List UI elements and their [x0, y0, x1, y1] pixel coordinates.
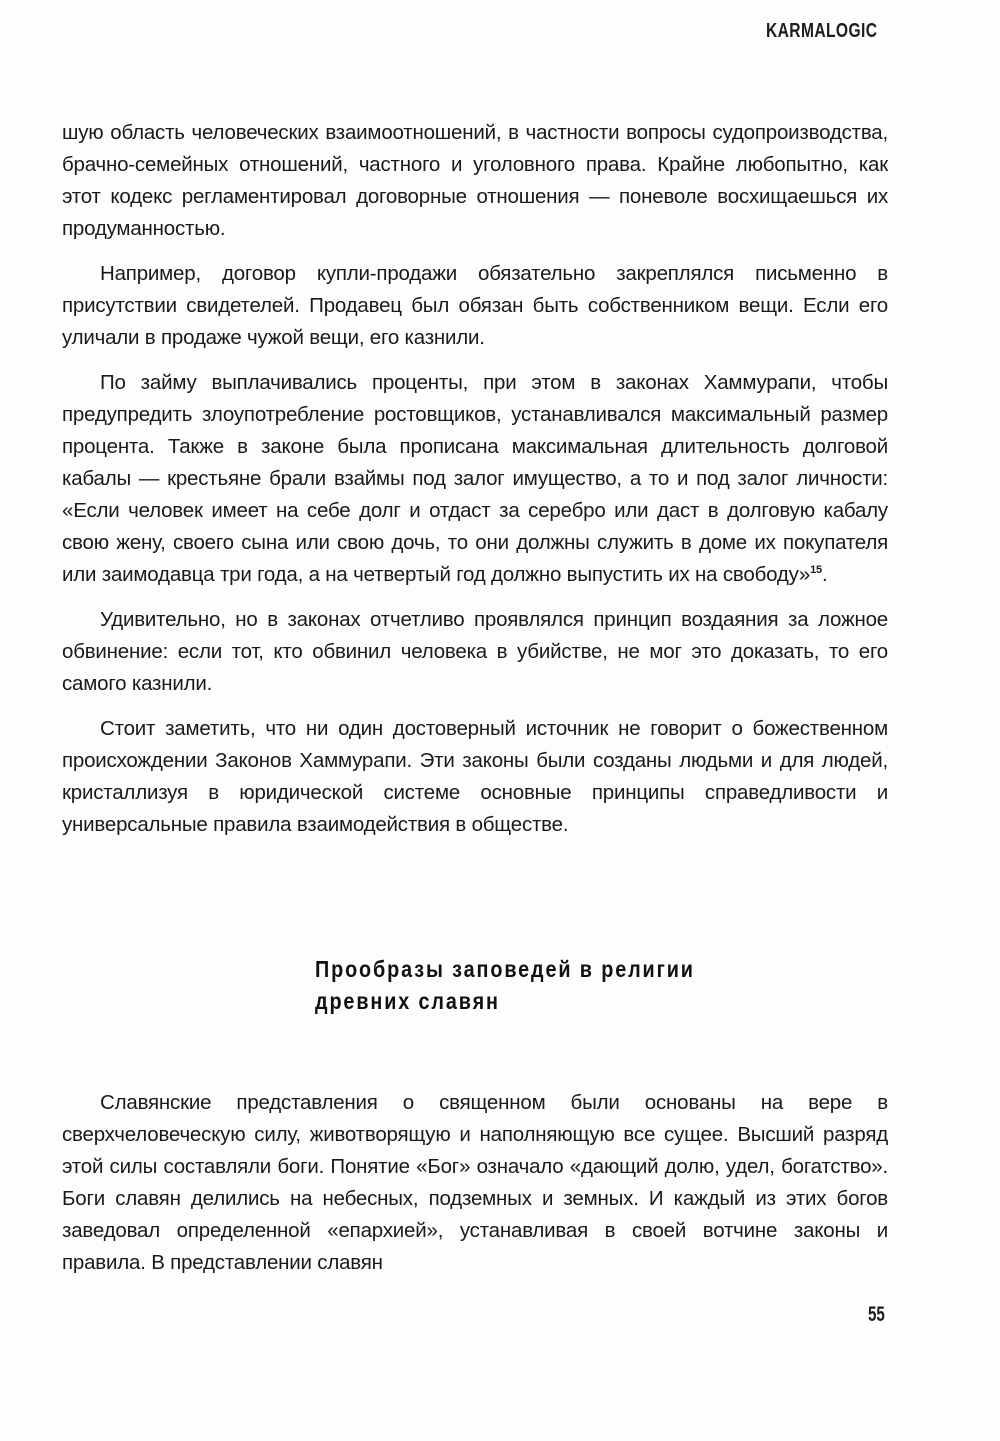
running-head: KARMALOGIC — [766, 20, 877, 43]
paragraph: Удивительно, но в законах отчетливо проя… — [62, 604, 888, 700]
section-heading: Прообразы заповедей в религии древних сл… — [315, 953, 797, 1017]
paragraph: Например, договор купли-продажи обязател… — [62, 258, 888, 354]
paragraph: Стоит заметить, что ни один достоверный … — [62, 713, 888, 841]
body-text-bottom: Славянские представления о священном был… — [62, 1087, 888, 1292]
paragraph: По займу выплачивались проценты, при это… — [62, 367, 888, 591]
footnote-marker[interactable]: 15 — [810, 564, 822, 576]
body-text-top: шую область человеческих взаимоотношений… — [62, 117, 888, 854]
paragraph: Славянские представления о священном был… — [62, 1087, 888, 1279]
page-number: 55 — [868, 1303, 885, 1327]
paragraph-end: . — [822, 563, 828, 586]
paragraph: шую область человеческих взаимоотношений… — [62, 117, 888, 245]
paragraph-text: По займу выплачивались проценты, при это… — [62, 371, 888, 586]
